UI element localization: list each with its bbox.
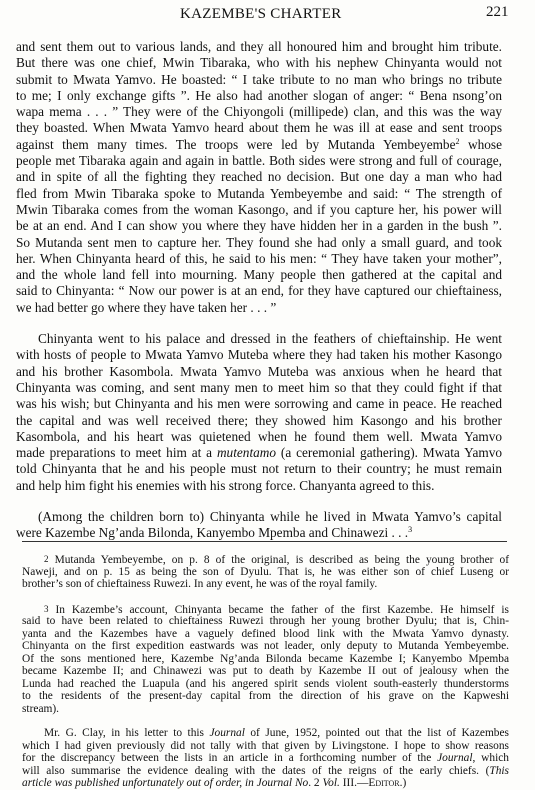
- text-line: and in spite of all the fighting they re…: [16, 169, 502, 185]
- text-line: and his brother Kasombola. Mwata Yamvo M…: [16, 364, 502, 380]
- text-line: Lunda had reached the Luapula (and his a…: [22, 678, 509, 691]
- italic-text: This: [489, 765, 509, 777]
- text-segment: will also summarise the evidence dealing…: [22, 765, 489, 777]
- text-line: Mr. G. Clay, in his letter to this Journ…: [22, 727, 509, 740]
- journal-title: Journal: [437, 752, 472, 764]
- paragraph-gap: [16, 316, 502, 331]
- text-line: and help him fight his enemies with his …: [16, 478, 502, 494]
- text-segment: were Kazembe Ng’anda Bilonda, Kanyembo M…: [16, 525, 408, 540]
- text-line: her. When Chinyanta heard of this, he sa…: [16, 251, 502, 267]
- footnote-gap: [22, 591, 509, 603]
- text-segment: . 2: [308, 777, 322, 789]
- text-line: Of the sons mentioned here, Kazembe Ng’a…: [22, 653, 509, 666]
- editor-signature: Editor: [368, 777, 399, 789]
- text-line: be at an end. And I can show you where t…: [16, 218, 502, 234]
- text-line: Chinyanta went to his palace and dressed…: [16, 331, 502, 347]
- text-segment: made preparations to meet him at a: [16, 445, 217, 460]
- text-line: said to have been related to chieftaines…: [22, 615, 509, 628]
- text-line: Naweji, and on p. 15 as being the son of…: [22, 566, 509, 579]
- text-line: to me; I only exchange gifts ”. He also …: [16, 88, 502, 104]
- text-line: to the residents of the present-day capi…: [22, 690, 509, 703]
- running-title: KAZEMBE'S CHARTER: [180, 6, 342, 23]
- footnotes: 2 Mutanda Yembeyembe, on p. 8 of the ori…: [22, 553, 509, 790]
- editor-note: Mr. G. Clay, in his letter to this Journ…: [22, 727, 509, 790]
- footnote-divider: [22, 541, 507, 542]
- text-line: were Kazembe Ng’anda Bilonda, Kanyembo M…: [16, 525, 502, 541]
- text-line: with hosts of people to Mwata Yamvo Mute…: [16, 347, 502, 363]
- footnote-2: 2 Mutanda Yembeyembe, on p. 8 of the ori…: [22, 553, 509, 591]
- text-line: against them many times. The troops were…: [16, 137, 502, 153]
- text-line: Mwin Tibaraka comes from the woman Kason…: [16, 202, 502, 218]
- text-line: Chinyanta on the first expedition eastwa…: [22, 640, 509, 653]
- page-number: 221: [486, 4, 509, 21]
- italic-text: article was published unfortunately out …: [22, 777, 308, 789]
- text-segment: III.—: [340, 777, 368, 789]
- document-page: KAZEMBE'S CHARTER 221 and sent them out …: [0, 0, 535, 790]
- text-segment: , which: [473, 752, 509, 764]
- text-line: (Among the children born to) Chinyanta w…: [16, 509, 502, 525]
- journal-title: Journal: [209, 727, 244, 739]
- paragraph-3: (Among the children born to) Chinyanta w…: [16, 509, 502, 542]
- text-line: told Chinyanta that he and his people mu…: [16, 461, 502, 477]
- text-line: the capital and was well received there;…: [16, 413, 502, 429]
- text-line: So Mutanda sent men to capture her. They…: [16, 235, 502, 251]
- text-line: Chinyanta was coming, and sent many men …: [16, 380, 502, 396]
- text-line: yanta and the Kazembes have a vaguely de…: [22, 628, 509, 641]
- text-segment: (a ceremonial gathering). Mwata Yamvo: [276, 445, 502, 460]
- italic-term: mutentamo: [217, 445, 276, 460]
- text-line: people met Tibaraka again and again in b…: [16, 153, 502, 169]
- text-line: Kasombola, and his heart was quietened w…: [16, 429, 502, 445]
- text-line: 2 Mutanda Yembeyembe, on p. 8 of the ori…: [22, 553, 509, 566]
- text-line: we had better go where they have taken h…: [16, 300, 502, 316]
- paragraph-2: Chinyanta went to his palace and dressed…: [16, 331, 502, 494]
- text-line: brother’s son of chieftainess Ruwezi. In…: [22, 578, 509, 591]
- text-segment: of June, 1952, pointed out that the list…: [245, 727, 509, 739]
- page-header: KAZEMBE'S CHARTER 221: [0, 4, 535, 28]
- text-line: which I had given previously did not tal…: [22, 740, 509, 753]
- text-segment: for the discrepancy between the lists in…: [22, 752, 437, 764]
- text-line: submit to Mwata Yamvo. He boasted: “ I t…: [16, 72, 502, 88]
- text-line: fled from Mwin Tibaraka spoke to Mutanda…: [16, 186, 502, 202]
- text-line: and the whole land fell into mourning. M…: [16, 267, 502, 283]
- text-segment: whose: [460, 137, 503, 152]
- text-line: will also summarise the evidence dealing…: [22, 765, 509, 778]
- text-line: they boasted. When Mwata Yamvo heard abo…: [16, 120, 502, 136]
- text-line: became Kazembe II; and Chinawezi was put…: [22, 665, 509, 678]
- footnote-gap: [22, 715, 509, 727]
- text-line: 3 In Kazembe’s account, Chinyanta became…: [22, 603, 509, 616]
- text-segment: Mutanda Yembeyembe, on p. 8 of the origi…: [49, 554, 510, 566]
- text-segment: In Kazembe’s account, Chinyanta became t…: [49, 604, 510, 616]
- italic-text: Vol.: [322, 777, 339, 789]
- text-line: for the discrepancy between the lists in…: [22, 752, 509, 765]
- text-segment: against them many times. The troops were…: [16, 137, 456, 152]
- text-segment: .): [400, 777, 407, 789]
- text-segment: Mr. G. Clay, in his letter to this: [44, 727, 209, 739]
- footnote-ref-3[interactable]: 3: [408, 525, 412, 534]
- paragraph-1: and sent them out to various lands, and …: [16, 39, 502, 316]
- text-line: and sent them out to various lands, and …: [16, 39, 502, 55]
- main-text: and sent them out to various lands, and …: [16, 39, 502, 542]
- paragraph-gap: [16, 494, 502, 509]
- text-line: made preparations to meet him at a muten…: [16, 445, 502, 461]
- footnote-3: 3 In Kazembe’s account, Chinyanta became…: [22, 603, 509, 716]
- text-line: article was published unfortunately out …: [22, 777, 509, 790]
- text-line: was his wish; but Chinyanta and his men …: [16, 396, 502, 412]
- text-line: stream).: [22, 703, 509, 716]
- text-line: said to Chinyanta: “ Now our power is at…: [16, 283, 502, 299]
- text-line: But there was one chief, Mwin Tibaraka, …: [16, 55, 502, 71]
- text-line: wapa mema . . . ” They were of the Chiyo…: [16, 104, 502, 120]
